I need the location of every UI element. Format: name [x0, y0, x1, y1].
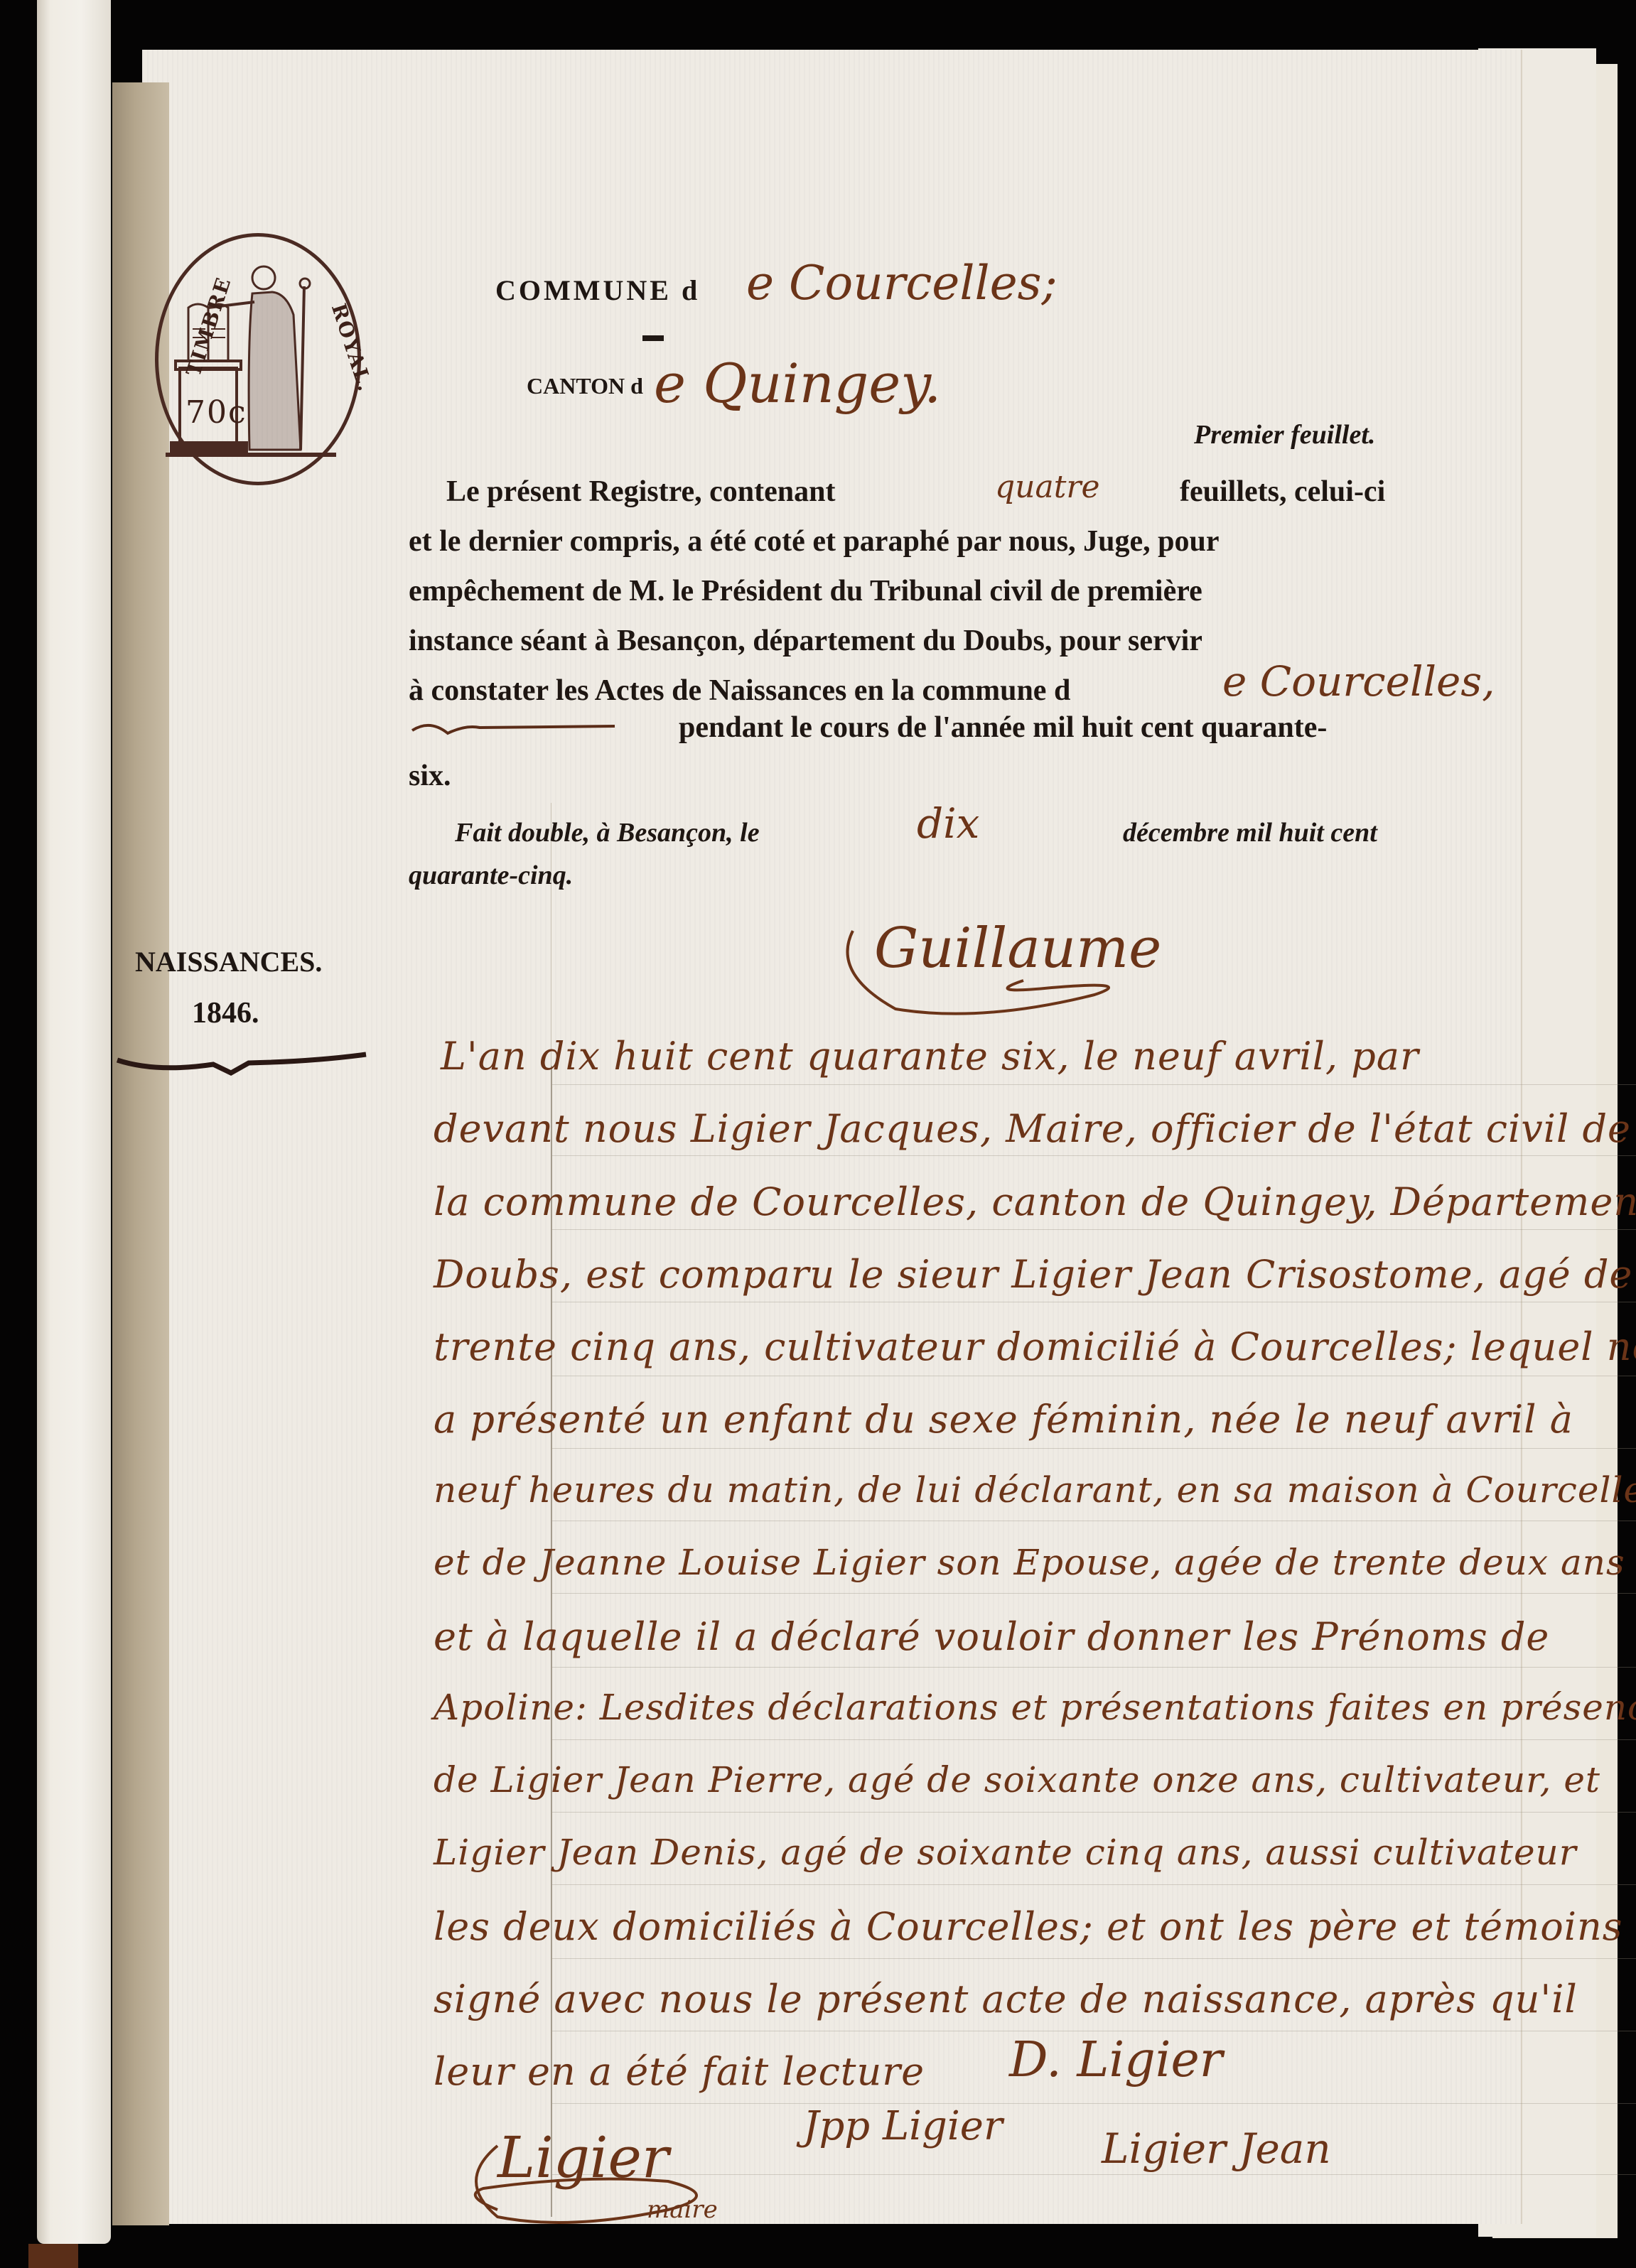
ruled-line	[552, 1958, 1636, 1959]
act-line: Doubs, est comparu le sieur Ligier Jean …	[434, 1252, 1632, 1297]
ruled-line	[552, 1376, 1636, 1376]
register-line-1b: feuillets, celui-ci	[1180, 475, 1385, 509]
act-line: leur en a été fait lecture	[434, 2049, 925, 2094]
register-line-6: pendant le cours de l'année mil huit cen…	[679, 711, 1327, 745]
signature-witness-1: D. Ligier	[1009, 2032, 1222, 2088]
ruled-line	[552, 1884, 1636, 1885]
signature-witness-2: Ligier Jean	[1102, 2124, 1331, 2173]
act-line: et à laquelle il a déclaré vouloir donne…	[434, 1614, 1549, 1659]
fait-prefix: Fait double, à Besançon, le	[455, 817, 760, 848]
act-line: Apoline: Lesdites déclarations et présen…	[434, 1687, 1636, 1728]
act-line: neuf heures du matin, de lui déclarant, …	[434, 1469, 1636, 1511]
ruled-line	[552, 1812, 1636, 1813]
act-line: et de Jeanne Louise Ligier son Epouse, a…	[434, 1542, 1625, 1583]
royal-stamp: 70c TIMBRE ROYAL.	[155, 233, 361, 485]
ruled-line	[552, 1229, 1636, 1230]
ruled-line	[552, 1302, 1636, 1302]
fait-line-2: quarante-cinq.	[409, 860, 573, 891]
canton-value: e Quingey.	[654, 352, 941, 415]
ruled-line	[552, 1155, 1636, 1156]
act-line: L'an dix huit cent quarante six, le neuf…	[441, 1034, 1419, 1079]
register-line-2: et le dernier compris, a été coté et par…	[409, 524, 1219, 558]
stamp-value: 70c	[185, 394, 247, 431]
act-line: la commune de Courcelles, canton de Quin…	[434, 1179, 1636, 1224]
commune-value-2: e Courcelles,	[1222, 657, 1495, 706]
act-line: Ligier Jean Denis, agé de soixante cinq …	[434, 1832, 1577, 1873]
margin-title: NAISSANCES.	[135, 945, 322, 978]
act-line: a présenté un enfant du sexe féminin, né…	[434, 1397, 1573, 1442]
ruled-line	[552, 1667, 1636, 1668]
canton-label: CANTON d	[527, 373, 643, 399]
ruled-line	[552, 2031, 1636, 2031]
act-line: les deux domiciliés à Courcelles; et ont…	[434, 1904, 1623, 1949]
act-line: signé avec nous le présent acte de naiss…	[434, 1977, 1578, 2021]
fait-day: dix	[917, 799, 979, 848]
act-line: de Ligier Jean Pierre, agé de soixante o…	[434, 1759, 1600, 1800]
left-roll-edge	[37, 0, 111, 2244]
hand-flourish-icon	[409, 718, 622, 739]
ruled-line	[552, 2103, 1636, 2104]
signature-flourish-icon	[839, 917, 1166, 1023]
roll-knob	[28, 2244, 78, 2268]
separator-dash	[642, 335, 664, 341]
act-line: devant nous Ligier Jacques, Maire, offic…	[434, 1106, 1631, 1151]
ruled-line	[552, 1593, 1636, 1594]
ruled-line	[552, 1521, 1636, 1521]
register-line-7: six.	[409, 759, 451, 793]
ruled-line	[552, 1739, 1636, 1740]
act-line: trente cinq ans, cultivateur domicilié à…	[434, 1324, 1636, 1369]
sheet-count: quatre	[995, 469, 1100, 505]
commune-value: e Courcelles;	[746, 256, 1058, 310]
fait-suffix: décembre mil huit cent	[1123, 817, 1377, 848]
mayor-paraph-icon	[455, 2139, 768, 2231]
signature-father: Jpp Ligier	[803, 2103, 1003, 2149]
ruled-line	[552, 1448, 1636, 1449]
register-line-5a: à constater les Actes de Naissances en l…	[409, 674, 1070, 708]
commune-label: COMMUNE d	[495, 274, 700, 307]
register-line-3: empêchement de M. le Président du Tribun…	[409, 574, 1202, 608]
register-line-1a: Le présent Registre, contenant	[446, 475, 835, 509]
margin-ornament-icon	[114, 1052, 370, 1080]
feuillet-label: Premier feuillet.	[1194, 419, 1375, 450]
register-line-4: instance séant à Besançon, département d…	[409, 624, 1202, 658]
ruled-line	[552, 1084, 1636, 1085]
margin-year: 1846.	[192, 996, 259, 1030]
